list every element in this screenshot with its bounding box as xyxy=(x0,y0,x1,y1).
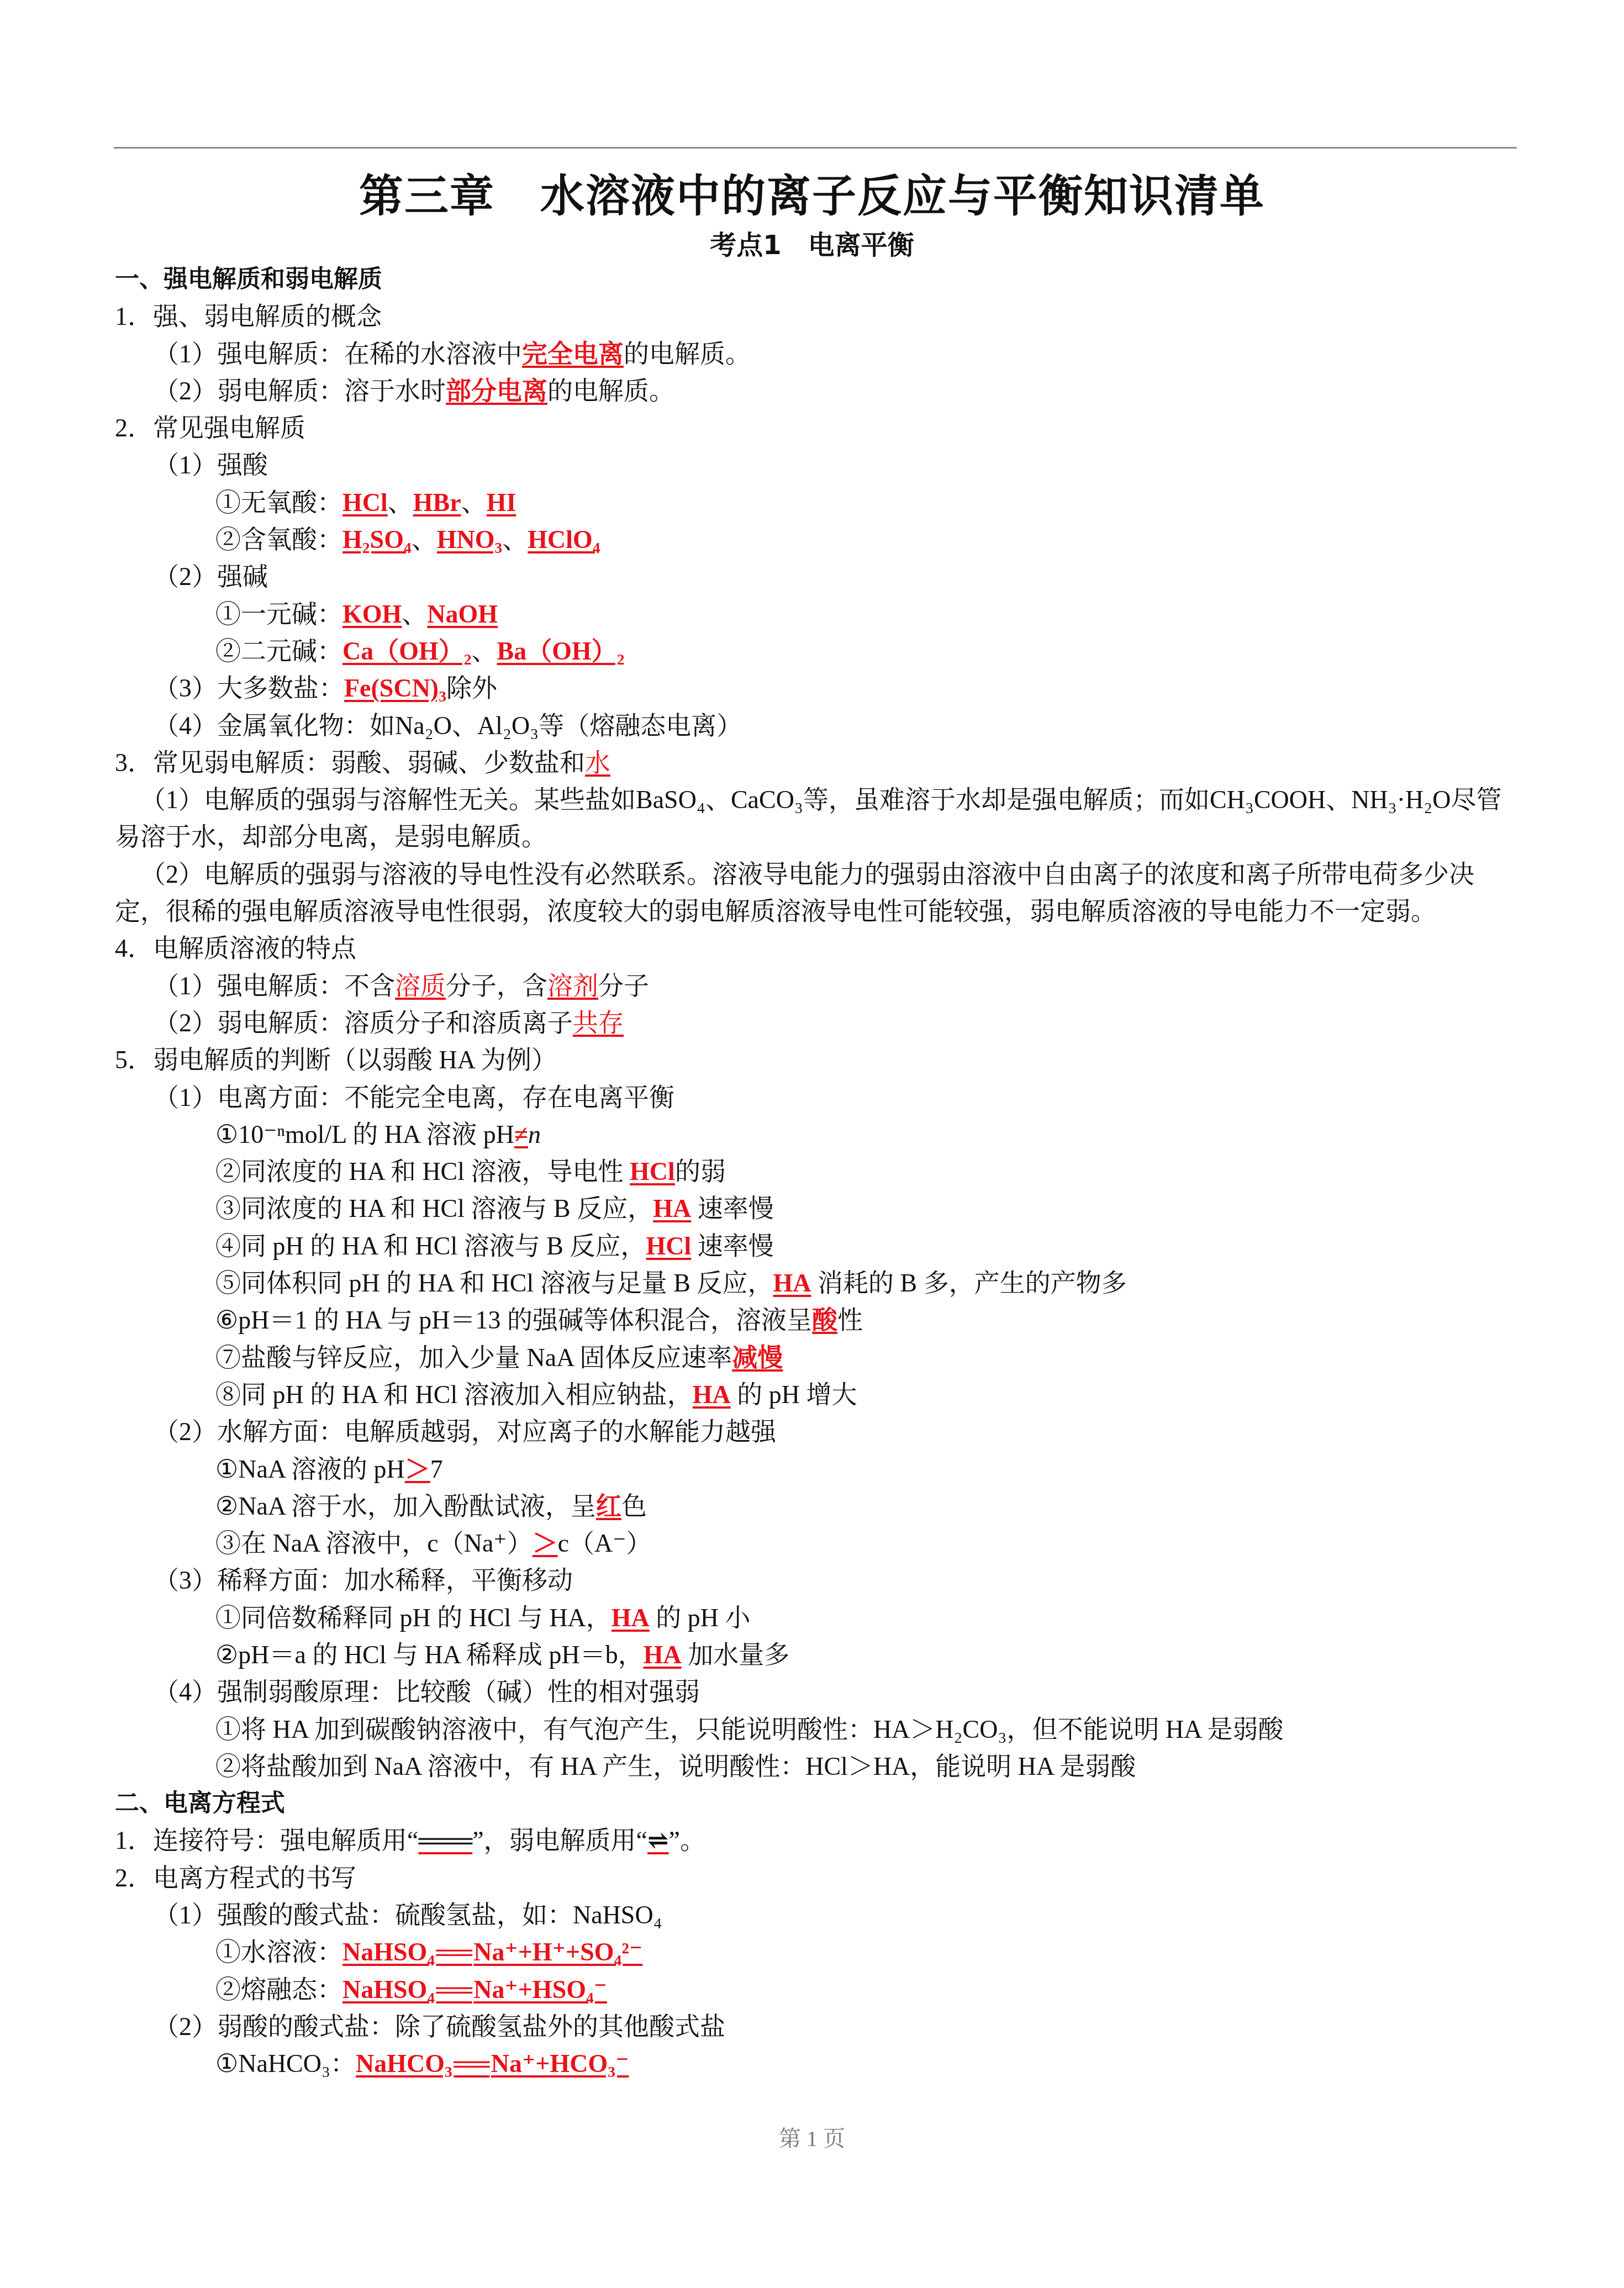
text: （3）大多数盐： xyxy=(154,674,344,702)
text: ②NaA 溶于水，加入酚酞试液，呈 xyxy=(215,1492,596,1520)
answer: HNO₃ xyxy=(437,525,503,553)
point-title: 4．电解质溶液的特点 xyxy=(115,930,1518,967)
answer: HCl xyxy=(646,1232,691,1260)
text: ②pH＝a 的 HCl 与 HA 稀释成 pH＝b， xyxy=(215,1641,644,1669)
answer: NaOH xyxy=(427,600,498,628)
text: c（A⁻） xyxy=(558,1529,652,1557)
answer: HA xyxy=(653,1194,691,1222)
answer: 部分电离 xyxy=(446,377,547,405)
text: 的电解质。 xyxy=(624,340,751,368)
text: 的电解质。 xyxy=(547,377,674,405)
definition-weak: （2）弱电解质：溶于水时部分电离的电解质。 xyxy=(115,372,1518,409)
definition-strong: （1）强电解质：在稀的水溶液中完全电离的电解质。 xyxy=(115,335,1518,372)
point-title: 5．弱电解质的判断（以弱酸 HA 为例） xyxy=(115,1041,1518,1078)
list-item: ⑧同 pH 的 HA 和 HCl 溶液加入相应钠盐，HA 的 pH 增大 xyxy=(115,1376,1518,1413)
answer: 水 xyxy=(585,748,610,777)
answer: 减慢 xyxy=(732,1343,783,1372)
text: ②熔融态： xyxy=(215,1975,342,2004)
equation-item: ①NaHCO₃：NaHCO₃══Na⁺+HCO₃⁻ xyxy=(115,2045,1518,2082)
answer: HA xyxy=(773,1269,811,1297)
answer: Ca（OH）₂ xyxy=(342,637,472,665)
answer: 溶质 xyxy=(395,972,446,1000)
text: ⑦盐酸与锌反应，加入少量 NaA 固体反应速率 xyxy=(215,1343,732,1372)
subpoint: （3）大多数盐：Fe(SCN)₃除外 xyxy=(115,669,1518,707)
equation-lhs: NaHCO₃ xyxy=(356,2049,452,2078)
answer: 酸 xyxy=(812,1306,837,1334)
text: 的 pH 增大 xyxy=(731,1380,857,1409)
text: ”，弱电解质用“ xyxy=(472,1826,647,1854)
text: 分子 xyxy=(598,972,649,1000)
subpoint: （1）强电解质：不含溶质分子，含溶剂分子 xyxy=(115,967,1518,1004)
text: 7 xyxy=(430,1455,443,1483)
list-item: ①同倍数稀释同 pH 的 HCl 与 HA，HA 的 pH 小 xyxy=(115,1599,1518,1636)
header-rule xyxy=(114,147,1517,149)
subpoint-title: （2）水解方面：电解质越弱，对应离子的水解能力越强 xyxy=(115,1413,1518,1450)
text: ③同浓度的 HA 和 HCl 溶液与 B 反应， xyxy=(215,1194,653,1222)
subpoint-title: （1）电离方面：不能完全电离，存在电离平衡 xyxy=(115,1079,1518,1116)
text: 的弱 xyxy=(675,1157,726,1185)
answer: 红 xyxy=(596,1492,621,1520)
page-number: 第 1 页 xyxy=(0,2121,1624,2153)
text: 3．常见弱电解质：弱酸、弱碱、少数盐和 xyxy=(115,748,585,777)
text: ③在 NaA 溶液中，c（Na⁺） xyxy=(215,1529,532,1557)
point-title: 1．连接符号：强电解质用“═══”，弱电解质用“⇌”。 xyxy=(115,1822,1518,1859)
text: （1）电解质的强弱与溶解性无关。某些盐如BaSO₄、CaCO₃等，虽难溶于水却是… xyxy=(115,785,1502,851)
list-item: ②将盐酸加到 NaA 溶液中，有 HA 产生，说明酸性：HCl＞HA，能说明 H… xyxy=(115,1748,1518,1785)
list-item: ①NaA 溶液的 pH＞7 xyxy=(115,1451,1518,1488)
text: ⑤同体积同 pH 的 HA 和 HCl 溶液与足量 B 反应， xyxy=(215,1269,773,1297)
answer: 完全电离 xyxy=(522,340,624,368)
list-item: ⑥pH＝1 的 HA 与 pH＝13 的强碱等体积混合，溶液呈酸性 xyxy=(115,1301,1518,1338)
answer: ＞ xyxy=(532,1529,558,1557)
page-title: 第三章 水溶液中的离子反应与平衡知识清单 xyxy=(0,160,1624,224)
answer: HBr xyxy=(413,488,461,516)
list-item: ②同浓度的 HA 和 HCl 溶液，导电性 HCl的弱 xyxy=(115,1153,1518,1190)
text: （1）强电解质：在稀的水溶液中 xyxy=(154,340,522,368)
answer: ≠ xyxy=(514,1120,528,1148)
answer: 共存 xyxy=(573,1009,624,1037)
subpoint-title: （3）稀释方面：加水稀释，平衡移动 xyxy=(115,1562,1518,1599)
answer: HCl xyxy=(630,1157,675,1185)
list-item: ①一元碱：KOH、NaOH xyxy=(115,595,1518,632)
equals-sign: ══ xyxy=(452,2045,491,2082)
answer: 溶剂 xyxy=(547,972,598,1000)
list-item: ⑤同体积同 pH 的 HA 和 HCl 溶液与足量 B 反应，HA 消耗的 B … xyxy=(115,1264,1518,1301)
document-body: 一、强电解质和弱电解质 1．强、弱电解质的概念 （1）强电解质：在稀的水溶液中完… xyxy=(115,261,1518,2083)
ionization-list: ①10⁻ⁿmol/L 的 HA 溶液 pH≠n②同浓度的 HA 和 HCl 溶液… xyxy=(115,1116,1518,1413)
point-title: 2．常见强电解质 xyxy=(115,409,1518,446)
subpoint-title: （1）强酸 xyxy=(115,446,1518,483)
text: n xyxy=(528,1120,541,1148)
equation-rhs: Na⁺+H⁺+SO₄²⁻ xyxy=(473,1938,642,1966)
note-paragraph: （1）电解质的强弱与溶解性无关。某些盐如BaSO₄、CaCO₃等，虽难溶于水却是… xyxy=(115,781,1518,856)
text: ①NaA 溶液的 pH xyxy=(215,1455,405,1483)
text: ①10⁻ⁿmol/L 的 HA 溶液 pH xyxy=(215,1120,514,1148)
answer: H₂SO₄ xyxy=(342,525,412,553)
text: 1．连接符号：强电解质用“ xyxy=(115,1826,418,1854)
equation-lhs: NaHSO₄ xyxy=(342,1938,435,1966)
answer: HA xyxy=(693,1380,731,1409)
dilution-list: ①同倍数稀释同 pH 的 HCl 与 HA，HA 的 pH 小②pH＝a 的 H… xyxy=(115,1599,1518,1674)
text: （1）强电解质：不含 xyxy=(154,972,395,1000)
separator: 、 xyxy=(412,525,437,553)
equals-sign: ══ xyxy=(435,1971,473,2008)
text: 消耗的 B 多，产生的产物多 xyxy=(811,1269,1126,1297)
point-title: 2．电离方程式的书写 xyxy=(115,1859,1518,1896)
answer: HA xyxy=(611,1604,650,1632)
text: ⑧同 pH 的 HA 和 HCl 溶液加入相应钠盐， xyxy=(215,1380,693,1409)
equation-lhs: NaHSO₄ xyxy=(342,1975,435,2004)
answer: HCl xyxy=(342,488,388,516)
equation-item: ①水溶液：NaHSO₄══Na⁺+H⁺+SO₄²⁻ xyxy=(115,1933,1518,1970)
text: 除外 xyxy=(446,674,497,702)
text: 速率慢 xyxy=(691,1194,774,1222)
point-title: 1．强、弱电解质的概念 xyxy=(115,298,1518,335)
subpoint: （4）金属氧化物：如Na₂O、Al₂O₃等（熔融态电离） xyxy=(115,707,1518,744)
text: （2）电解质的强弱与溶液的导电性没有必然联系。溶液导电能力的强弱由溶液中自由离子… xyxy=(115,860,1474,925)
subpoint-title: （1）强酸的酸式盐：硫酸氢盐，如：NaHSO₄ xyxy=(115,1896,1518,1933)
equation-rhs: Na⁺+HCO₃⁻ xyxy=(491,2049,629,2078)
text: 分子，含 xyxy=(446,972,547,1000)
text: （2）弱电解质：溶于水时 xyxy=(154,377,446,405)
text: 色 xyxy=(621,1492,647,1520)
text: 加水量多 xyxy=(682,1641,790,1669)
text: ④同 pH 的 HA 和 HCl 溶液与 B 反应， xyxy=(215,1232,646,1260)
list-item: ①无氧酸：HCl、HBr、HI xyxy=(115,484,1518,521)
text: 性 xyxy=(837,1306,863,1334)
equation-rhs: Na⁺+HSO₄⁻ xyxy=(473,1975,607,2004)
list-item: ⑦盐酸与锌反应，加入少量 NaA 固体反应速率减慢 xyxy=(115,1339,1518,1376)
note-paragraph: （2）电解质的强弱与溶液的导电性没有必然联系。溶液导电能力的强弱由溶液中自由离子… xyxy=(115,856,1518,930)
equation-item: ②熔融态：NaHSO₄══Na⁺+HSO₄⁻ xyxy=(115,1971,1518,2008)
page-subtitle: 考点1 电离平衡 xyxy=(0,224,1624,262)
weak-connector-symbol: ⇌ xyxy=(647,1826,669,1854)
list-item: ④同 pH 的 HA 和 HCl 溶液与 B 反应，HCl 速率慢 xyxy=(115,1227,1518,1264)
hydrolysis-list: ①NaA 溶液的 pH＞7②NaA 溶于水，加入酚酞试液，呈红色③在 NaA 溶… xyxy=(115,1451,1518,1562)
answer: ＞ xyxy=(405,1455,430,1483)
subpoint-title: （2）强碱 xyxy=(115,558,1518,595)
point-title: 3．常见弱电解质：弱酸、弱碱、少数盐和水 xyxy=(115,744,1518,781)
separator: 、 xyxy=(461,488,487,516)
equals-sign: ══ xyxy=(435,1933,473,1970)
list-item: ②二元碱：Ca（OH）₂、Ba（OH）₂ xyxy=(115,632,1518,669)
section-heading: 一、强电解质和弱电解质 xyxy=(115,261,1518,298)
text: ②二元碱： xyxy=(215,637,342,665)
text: ①水溶液： xyxy=(215,1938,342,1966)
answer: Ba（OH）₂ xyxy=(497,637,625,665)
separator: 、 xyxy=(502,525,528,553)
subpoint-title: （2）弱酸的酸式盐：除了硫酸氢盐外的其他酸式盐 xyxy=(115,2008,1518,2045)
text: ①同倍数稀释同 pH 的 HCl 与 HA， xyxy=(215,1604,611,1632)
answer: KOH xyxy=(342,600,402,628)
subpoint-title: （4）强制弱酸原理：比较酸（碱）性的相对强弱 xyxy=(115,1673,1518,1710)
text: ①NaHCO₃： xyxy=(215,2049,356,2078)
answer: HI xyxy=(487,488,516,516)
list-item: ①10⁻ⁿmol/L 的 HA 溶液 pH≠n xyxy=(115,1116,1518,1153)
separator: 、 xyxy=(472,637,497,665)
text: （2）弱电解质：溶质分子和溶质离子 xyxy=(154,1009,573,1037)
separator: 、 xyxy=(388,488,413,516)
list-item: ②含氧酸：H₂SO₄、HNO₃、HClO₄ xyxy=(115,521,1518,558)
list-item: ③在 NaA 溶液中，c（Na⁺）＞c（A⁻） xyxy=(115,1525,1518,1562)
answer: Fe(SCN)₃ xyxy=(344,674,446,702)
text: ②含氧酸： xyxy=(215,525,342,553)
list-item: ②NaA 溶于水，加入酚酞试液，呈红色 xyxy=(115,1488,1518,1525)
list-item: ②pH＝a 的 HCl 与 HA 稀释成 pH＝b，HA 加水量多 xyxy=(115,1636,1518,1673)
answer: HA xyxy=(644,1641,682,1669)
separator: 、 xyxy=(402,600,427,628)
text: ②同浓度的 HA 和 HCl 溶液，导电性 xyxy=(215,1157,630,1185)
answer: HClO₄ xyxy=(528,525,600,553)
text: ⑥pH＝1 的 HA 与 pH＝13 的强碱等体积混合，溶液呈 xyxy=(215,1306,812,1334)
list-item: ③同浓度的 HA 和 HCl 溶液与 B 反应，HA 速率慢 xyxy=(115,1190,1518,1227)
list-item: ①将 HA 加到碳酸钠溶液中，有气泡产生，只能说明酸性：HA＞H₂CO₃，但不能… xyxy=(115,1711,1518,1748)
text: ①一元碱： xyxy=(215,600,342,628)
subpoint: （2）弱电解质：溶质分子和溶质离子共存 xyxy=(115,1004,1518,1041)
text: ”。 xyxy=(669,1826,705,1854)
text: 速率慢 xyxy=(691,1232,774,1260)
text: ①无氧酸： xyxy=(215,488,342,516)
text: 的 pH 小 xyxy=(650,1604,751,1632)
section-heading: 二、电离方程式 xyxy=(115,1785,1518,1822)
strong-connector-symbol: ═══ xyxy=(418,1826,472,1854)
